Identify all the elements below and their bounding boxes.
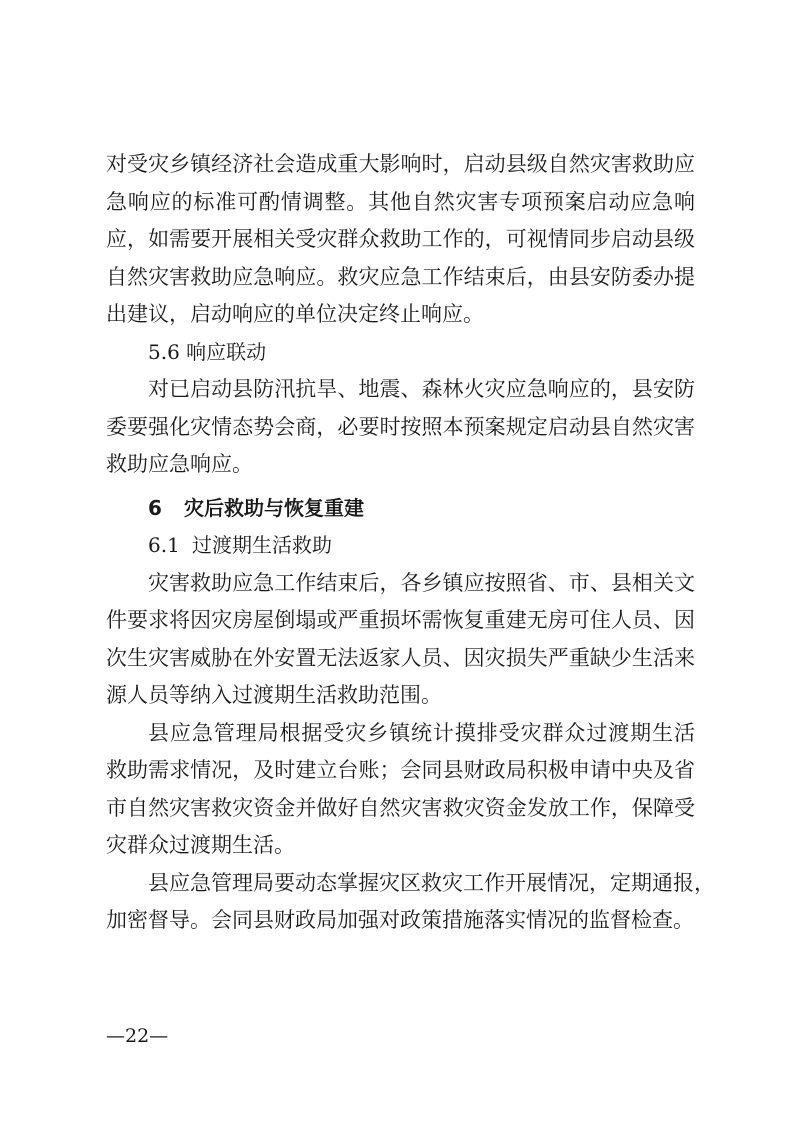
text-line: 急响应的标准可酌情调整。其他自然灾害专项预案启动应急响 — [106, 184, 695, 222]
text-line: 源人员等纳入过渡期生活救助范围。 — [106, 677, 706, 715]
text-line: 加密督导。会同县财政局加强对政策措施落实情况的监督检查。 — [106, 902, 706, 940]
text-line: 县应急管理局要动态掌握灾区救灾工作开展情况，定期通报， — [106, 865, 695, 903]
text-line: 市自然灾害救灾资金并做好自然灾害救灾资金发放工作，保障受 — [106, 790, 695, 828]
text-line: 委要强化灾情态势会商，必要时按照本预案规定启动县自然灾害 — [106, 409, 695, 447]
text-line: 对受灾乡镇经济社会造成重大影响时，启动县级自然灾害救助应 — [106, 146, 695, 184]
paragraph-6-1-a: 灾害救助应急工作结束后，各乡镇应按照省、市、县相关文 件要求将因灾房屋倒塌或严重… — [106, 565, 706, 715]
page-number: —22— — [106, 1025, 168, 1047]
text-line: 应，如需要开展相关受灾群众救助工作的，可视情同步启动县级 — [106, 221, 695, 259]
text-line: 救助需求情况，及时建立台账；会同县财政局积极申请中央及省 — [106, 752, 695, 790]
text-line: 县应急管理局根据受灾乡镇统计摸排受灾群众过渡期生活 — [106, 715, 695, 753]
section-heading-5-6: 5.6 响应联动 — [106, 334, 706, 372]
document-page: 对受灾乡镇经济社会造成重大影响时，启动县级自然灾害救助应 急响应的标准可酌情调整… — [0, 0, 793, 1122]
text-line: 自然灾害救助应急响应。救灾应急工作结束后，由县安防委办提 — [106, 259, 695, 297]
section-title: 过渡期生活救助 — [192, 533, 332, 557]
section-number: 5.6 — [148, 340, 180, 364]
page-body: 对受灾乡镇经济社会造成重大影响时，启动县级自然灾害救助应 急响应的标准可酌情调整… — [106, 146, 706, 940]
section-heading-6-1: 6.1过渡期生活救助 — [106, 527, 706, 565]
section-title: 灾后救助与恢复重建 — [184, 496, 364, 520]
section-title: 响应联动 — [186, 340, 266, 364]
section-number: 6 — [148, 490, 184, 528]
text-line: 灾害救助应急工作结束后，各乡镇应按照省、市、县相关文 — [106, 565, 695, 603]
text-line: 灾群众过渡期生活。 — [106, 827, 706, 865]
section-heading-6: 6灾后救助与恢复重建 — [106, 490, 706, 528]
text-line: 件要求将因灾房屋倒塌或严重损坏需恢复重建无房可住人员、因 — [106, 602, 695, 640]
text-line: 对已启动县防汛抗旱、地震、森林火灾应急响应的，县安防 — [106, 371, 695, 409]
paragraph-6-1-b: 县应急管理局根据受灾乡镇统计摸排受灾群众过渡期生活 救助需求情况，及时建立台账；… — [106, 715, 706, 865]
text-line: 出建议，启动响应的单位决定终止响应。 — [106, 296, 706, 334]
paragraph-6-1-c: 县应急管理局要动态掌握灾区救灾工作开展情况，定期通报， 加密督导。会同县财政局加… — [106, 865, 706, 940]
continuation-paragraph: 对受灾乡镇经济社会造成重大影响时，启动县级自然灾害救助应 急响应的标准可酌情调整… — [106, 146, 706, 334]
text-line: 次生灾害威胁在外安置无法返家人员、因灾损失严重缺少生活来 — [106, 640, 695, 678]
text-line: 救助应急响应。 — [106, 446, 706, 484]
paragraph-5-6: 对已启动县防汛抗旱、地震、森林火灾应急响应的，县安防 委要强化灾情态势会商，必要… — [106, 371, 706, 484]
section-number: 6.1 — [148, 527, 192, 565]
